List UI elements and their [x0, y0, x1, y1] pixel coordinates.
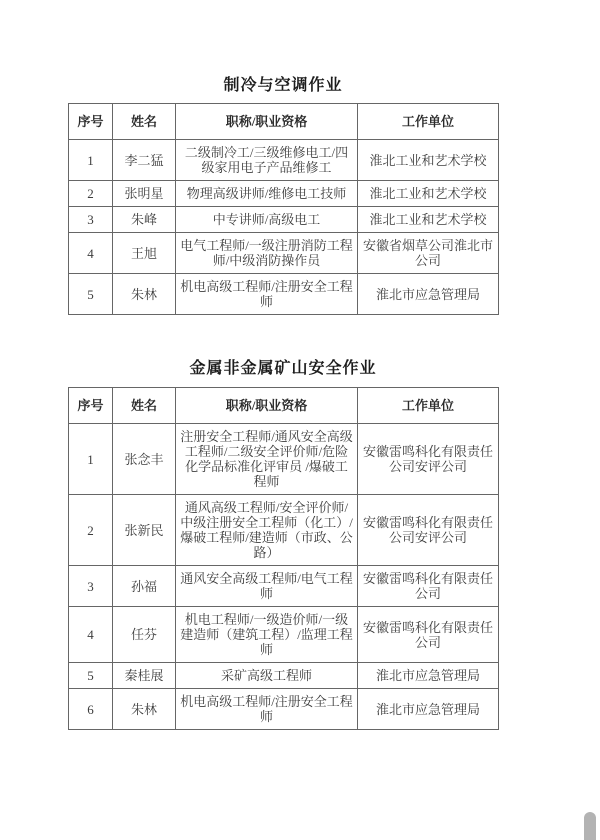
table-row: 6朱林机电高级工程师/注册安全工程师淮北市应急管理局 [69, 689, 499, 730]
section-title-mine-safety: 金属非金属矿山安全作业 [68, 359, 498, 379]
serial-cell: 3 [69, 566, 113, 607]
work-unit-cell: 安徽雷鸣科化有限责任公司安评公司 [358, 424, 499, 495]
serial-cell: 1 [69, 140, 113, 181]
document-page: 制冷与空调作业 序号姓名职称/职业资格工作单位 1李二猛二级制冷工/三级维修电工… [0, 0, 600, 840]
qualification-cell: 注册安全工程师/通风安全高级工程师/二级安全评价师/危险化学品标准化评审员 /爆… [176, 424, 358, 495]
table-header-row: 序号姓名职称/职业资格工作单位 [69, 104, 499, 140]
section-title-refrigeration: 制冷与空调作业 [68, 76, 498, 96]
column-header: 职称/职业资格 [176, 388, 358, 424]
name-cell: 朱林 [113, 274, 176, 315]
serial-cell: 3 [69, 207, 113, 233]
name-cell: 张明星 [113, 181, 176, 207]
name-cell: 任芬 [113, 607, 176, 663]
column-header: 序号 [69, 104, 113, 140]
table-row: 1张念丰注册安全工程师/通风安全高级工程师/二级安全评价师/危险化学品标准化评审… [69, 424, 499, 495]
serial-cell: 5 [69, 274, 113, 315]
qualification-cell: 机电高级工程师/注册安全工程师 [176, 274, 358, 315]
table-row: 1李二猛二级制冷工/三级维修电工/四级家用电子产品维修工淮北工业和艺术学校 [69, 140, 499, 181]
work-unit-cell: 安徽省烟草公司淮北市公司 [358, 233, 499, 274]
work-unit-cell: 安徽雷鸣科化有限责任公司 [358, 566, 499, 607]
name-cell: 秦桂展 [113, 663, 176, 689]
column-header: 姓名 [113, 388, 176, 424]
name-cell: 李二猛 [113, 140, 176, 181]
name-cell: 张念丰 [113, 424, 176, 495]
table-row: 3孙福通风安全高级工程师/电气工程师安徽雷鸣科化有限责任公司 [69, 566, 499, 607]
qualification-cell: 机电高级工程师/注册安全工程师 [176, 689, 358, 730]
column-header: 职称/职业资格 [176, 104, 358, 140]
work-unit-cell: 安徽雷鸣科化有限责任公司 [358, 607, 499, 663]
work-unit-cell: 淮北工业和艺术学校 [358, 140, 499, 181]
name-cell: 王旭 [113, 233, 176, 274]
work-unit-cell: 淮北市应急管理局 [358, 274, 499, 315]
serial-cell: 2 [69, 181, 113, 207]
document-content: 制冷与空调作业 序号姓名职称/职业资格工作单位 1李二猛二级制冷工/三级维修电工… [68, 0, 498, 730]
qualification-cell: 物理高级讲师/维修电工技师 [176, 181, 358, 207]
table-row: 4王旭电气工程师/一级注册消防工程师/中级消防操作员安徽省烟草公司淮北市公司 [69, 233, 499, 274]
column-header: 序号 [69, 388, 113, 424]
name-cell: 朱峰 [113, 207, 176, 233]
table-row: 5秦桂展采矿高级工程师淮北市应急管理局 [69, 663, 499, 689]
qualification-cell: 通风安全高级工程师/电气工程师 [176, 566, 358, 607]
vertical-scrollbar-thumb[interactable] [584, 812, 596, 840]
work-unit-cell: 淮北市应急管理局 [358, 663, 499, 689]
refrigeration-table: 序号姓名职称/职业资格工作单位 1李二猛二级制冷工/三级维修电工/四级家用电子产… [68, 103, 499, 315]
serial-cell: 1 [69, 424, 113, 495]
work-unit-cell: 淮北工业和艺术学校 [358, 181, 499, 207]
mine-safety-table: 序号姓名职称/职业资格工作单位 1张念丰注册安全工程师/通风安全高级工程师/二级… [68, 387, 499, 730]
qualification-cell: 采矿高级工程师 [176, 663, 358, 689]
work-unit-cell: 安徽雷鸣科化有限责任公司安评公司 [358, 495, 499, 566]
qualification-cell: 机电工程师/一级造价师/一级建造师（建筑工程）/监理工程师 [176, 607, 358, 663]
table-row: 2张新民通风高级工程师/安全评价师/中级注册安全工程师（化工）/爆破工程师/建造… [69, 495, 499, 566]
column-header: 工作单位 [358, 388, 499, 424]
work-unit-cell: 淮北工业和艺术学校 [358, 207, 499, 233]
serial-cell: 2 [69, 495, 113, 566]
serial-cell: 6 [69, 689, 113, 730]
table-row: 5朱林机电高级工程师/注册安全工程师淮北市应急管理局 [69, 274, 499, 315]
serial-cell: 4 [69, 607, 113, 663]
name-cell: 张新民 [113, 495, 176, 566]
qualification-cell: 二级制冷工/三级维修电工/四级家用电子产品维修工 [176, 140, 358, 181]
name-cell: 朱林 [113, 689, 176, 730]
table-row: 2张明星物理高级讲师/维修电工技师淮北工业和艺术学校 [69, 181, 499, 207]
work-unit-cell: 淮北市应急管理局 [358, 689, 499, 730]
qualification-cell: 电气工程师/一级注册消防工程师/中级消防操作员 [176, 233, 358, 274]
qualification-cell: 中专讲师/高级电工 [176, 207, 358, 233]
table-row: 3朱峰中专讲师/高级电工淮北工业和艺术学校 [69, 207, 499, 233]
name-cell: 孙福 [113, 566, 176, 607]
qualification-cell: 通风高级工程师/安全评价师/中级注册安全工程师（化工）/爆破工程师/建造师（市政… [176, 495, 358, 566]
serial-cell: 4 [69, 233, 113, 274]
serial-cell: 5 [69, 663, 113, 689]
column-header: 姓名 [113, 104, 176, 140]
table-row: 4任芬机电工程师/一级造价师/一级建造师（建筑工程）/监理工程师安徽雷鸣科化有限… [69, 607, 499, 663]
table-header-row: 序号姓名职称/职业资格工作单位 [69, 388, 499, 424]
column-header: 工作单位 [358, 104, 499, 140]
